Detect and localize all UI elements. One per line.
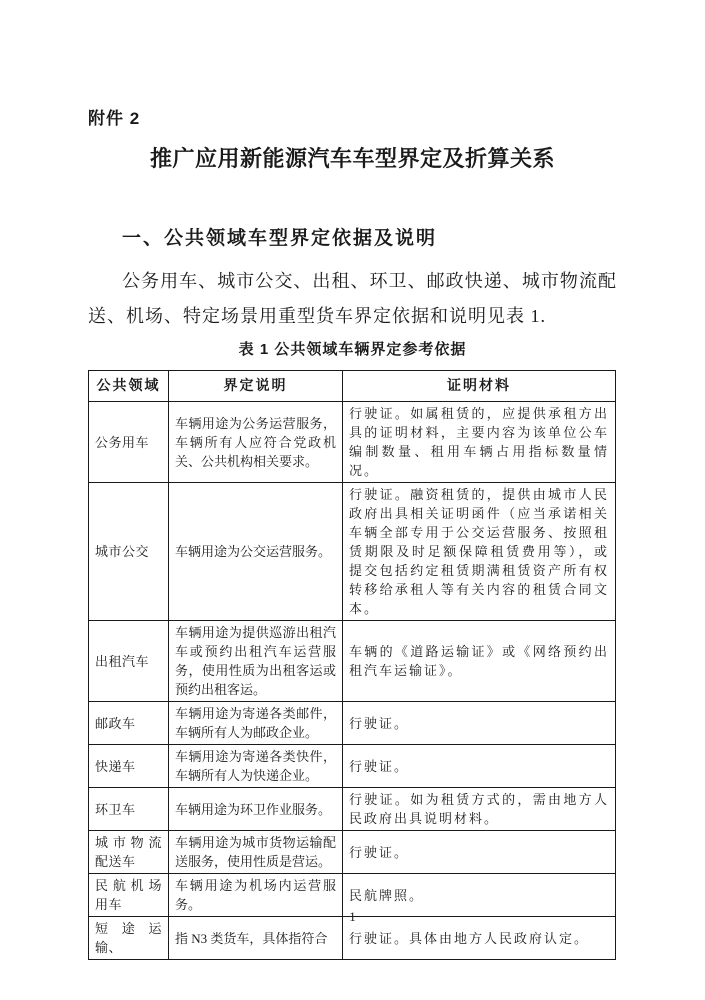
table-row: 邮政车 车辆用途为寄递各类邮件，车辆所有人为邮政企业。 行驶证。 — [89, 702, 616, 745]
table-row: 快递车 车辆用途为寄递各类快件，车辆所有人为快递企业。 行驶证。 — [89, 745, 616, 788]
domain-cell: 邮政车 — [89, 702, 169, 745]
domain-cell: 出租汽车 — [89, 621, 169, 702]
table-row: 环卫车 车辆用途为环卫作业服务。 行驶证。如为租赁方式的，需由地方人民政府出具说… — [89, 788, 616, 831]
materials-cell: 行驶证。 — [343, 831, 616, 874]
definition-cell: 车辆用途为城市货物运输配送服务，使用性质是营运。 — [169, 831, 343, 874]
definition-cell: 车辆用途为公务运营服务，车辆所有人应符合党政机关、公共机构相关要求。 — [169, 402, 343, 483]
table-row: 城市物流配送车 车辆用途为城市货物运输配送服务，使用性质是营运。 行驶证。 — [89, 831, 616, 874]
domain-cell: 城市公交 — [89, 483, 169, 621]
materials-cell: 行驶证。 — [343, 745, 616, 788]
document-title: 推广应用新能源汽车车型界定及折算关系 — [88, 144, 617, 174]
definition-cell: 车辆用途为寄递各类邮件，车辆所有人为邮政企业。 — [169, 702, 343, 745]
materials-cell: 行驶证。如属租赁的，应提供承租方出具的证明材料，主要内容为该单位公车编制数量、租… — [343, 402, 616, 483]
materials-cell: 车辆的《道路运输证》或《网络预约出租汽车运输证》。 — [343, 621, 616, 702]
page-number: 1 — [0, 908, 705, 926]
attachment-label: 附件 2 — [88, 108, 617, 130]
table-row: 公务用车 车辆用途为公务运营服务，车辆所有人应符合党政机关、公共机构相关要求。 … — [89, 402, 616, 483]
definition-cell: 车辆用途为环卫作业服务。 — [169, 788, 343, 831]
header-definition: 界定说明 — [169, 371, 343, 402]
materials-cell: 行驶证。如为租赁方式的，需由地方人民政府出具说明材料。 — [343, 788, 616, 831]
domain-cell: 环卫车 — [89, 788, 169, 831]
header-materials: 证明材料 — [343, 371, 616, 402]
reference-table: 公共领域 界定说明 证明材料 公务用车 车辆用途为公务运营服务，车辆所有人应符合… — [88, 370, 616, 960]
table-row: 出租汽车 车辆用途为提供巡游出租汽车或预约出租汽车运营服务，使用性质为出租客运或… — [89, 621, 616, 702]
table-caption: 表 1 公共领域车辆界定参考依据 — [88, 340, 617, 360]
definition-cell: 车辆用途为寄递各类快件，车辆所有人为快递企业。 — [169, 745, 343, 788]
domain-cell: 城市物流配送车 — [89, 831, 169, 874]
table-row: 城市公交 车辆用途为公交运营服务。 行驶证。融资租赁的，提供由城市人民政府出具相… — [89, 483, 616, 621]
domain-cell: 公务用车 — [89, 402, 169, 483]
document-page: 附件 2 推广应用新能源汽车车型界定及折算关系 一、公共领域车型界定依据及说明 … — [0, 0, 705, 1000]
table-header-row: 公共领域 界定说明 证明材料 — [89, 371, 616, 402]
header-domain: 公共领域 — [89, 371, 169, 402]
section-heading: 一、公共领域车型界定依据及说明 — [122, 226, 617, 252]
domain-cell: 快递车 — [89, 745, 169, 788]
body-paragraph: 公务用车、城市公交、出租、环卫、邮政快递、城市物流配送、机场、特定场景用重型货车… — [88, 264, 617, 334]
materials-cell: 行驶证。融资租赁的，提供由城市人民政府出具相关证明函件（应当承诺相关车辆全部专用… — [343, 483, 616, 621]
definition-cell: 车辆用途为公交运营服务。 — [169, 483, 343, 621]
materials-cell: 行驶证。 — [343, 702, 616, 745]
definition-cell: 车辆用途为提供巡游出租汽车或预约出租汽车运营服务，使用性质为出租客运或预约出租客… — [169, 621, 343, 702]
